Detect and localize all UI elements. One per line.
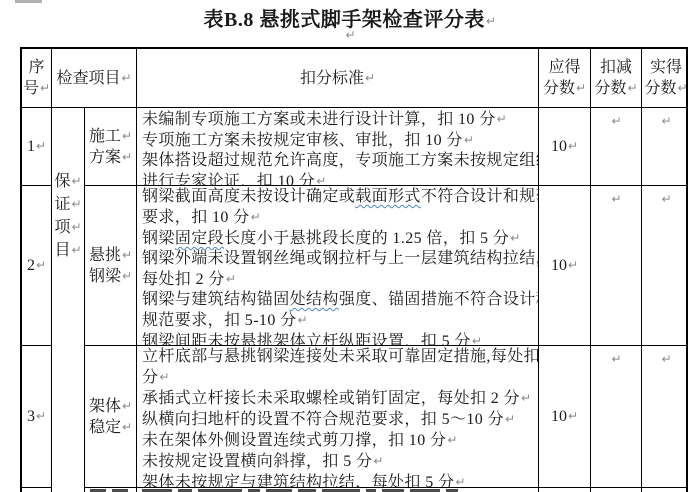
deducted-score-cell: ↵ xyxy=(591,186,642,346)
cell-text-line: 扣减 xyxy=(600,58,632,78)
deserved-score-value: 10↵ xyxy=(551,136,578,157)
paragraph-mark-icon: ↵ xyxy=(122,399,132,413)
paragraph-mark-icon: ↵ xyxy=(121,71,131,85)
cell-text-line: 序 xyxy=(28,58,44,78)
criteria-cell: 钢梁截面高度未按设计确定或载面形式不符合设计和规范要求，扣 10 分↵钢梁固定段… xyxy=(137,186,539,346)
paragraph-mark-icon: ↵ xyxy=(122,150,132,164)
criteria-line: 进行专家论证，扣 10 分↵ xyxy=(142,171,535,186)
header-check-item: 检查项目↵ xyxy=(52,49,137,108)
criteria-line: 钢梁外端未设置钢丝绳或钢拉杆与上一层建筑结构拉结， xyxy=(142,249,535,269)
spellcheck-underlined-text: 处结构 xyxy=(290,291,339,308)
actual-score-value: ↵ xyxy=(660,189,671,210)
serial-number-cell: 3↵ xyxy=(22,346,52,488)
category-line: 方案↵ xyxy=(89,147,132,168)
category-line: 钢梁↵ xyxy=(89,266,132,287)
paragraph-mark-icon: ↵ xyxy=(373,454,383,468)
partial-row-actual-cell xyxy=(642,488,688,492)
header-deserved-score: 应得分数↵ xyxy=(539,49,591,108)
paragraph-mark-icon: ↵ xyxy=(36,409,46,423)
actual-score-value: ↵ xyxy=(660,349,671,370)
group-label-char: 项↵ xyxy=(54,216,81,239)
cell-text-line: 分数↵ xyxy=(594,78,637,99)
paragraph-mark-icon: ↵ xyxy=(510,231,520,245)
criteria-line: 规范要求，扣 5-10 分↵ xyxy=(142,310,535,331)
header-actual-score: 实得分数↵ xyxy=(642,49,688,108)
deserved-score-cell: 10↵ xyxy=(539,186,591,346)
paragraph-mark-icon: ↵ xyxy=(71,243,81,257)
serial-number-cell: 1↵ xyxy=(22,108,52,186)
criteria-line: 架体搭设超过规范允许高度，专项施工方案未按规定组织 xyxy=(142,151,535,171)
category-line: 悬挑↵ xyxy=(89,245,132,266)
paragraph-mark-icon: ↵ xyxy=(36,258,46,272)
category-line: 施工↵ xyxy=(89,126,132,147)
deserved-score-cell: 10↵ xyxy=(539,108,591,186)
category-cell: 施工↵方案↵ xyxy=(85,108,137,186)
group-label-char: 证↵ xyxy=(54,193,81,216)
criteria-line: 钢梁固定段长度小于悬挑段长度的 1.25 倍，扣 5 分↵ xyxy=(142,228,535,249)
paragraph-mark-icon: ↵ xyxy=(122,420,132,434)
actual-score-cell: ↵ xyxy=(642,108,688,186)
scoring-table: 序号↵检查项目↵扣分标准↵应得分数↵扣减分数↵实得分数↵保↵证↵项↵目↵1↵施工… xyxy=(20,47,688,492)
criteria-cell: 立杆底部与悬挑钢梁连接处未采取可靠固定措施,每处扣 2分↵承插式立杆接长未采取螺… xyxy=(137,346,539,488)
deducted-score-cell: ↵ xyxy=(591,346,642,488)
header-deducted-score: 扣减分数↵ xyxy=(591,49,642,108)
paragraph-mark-icon: ↵ xyxy=(661,192,671,206)
paragraph-mark-icon: ↵ xyxy=(71,174,81,188)
paragraph-mark-icon: ↵ xyxy=(611,352,621,366)
paragraph-mark-icon: ↵ xyxy=(611,114,621,128)
paragraph-mark-icon: ↵ xyxy=(298,313,308,327)
cell-text-line: 实得 xyxy=(650,58,682,78)
serial-number-cell: 2↵ xyxy=(22,186,52,346)
paragraph-mark-icon: ↵ xyxy=(464,133,474,147)
deducted-score-cell: ↵ xyxy=(591,108,642,186)
paragraph-mark-icon: ↵ xyxy=(455,475,465,488)
paragraph-mark-icon: ↵ xyxy=(661,114,671,128)
spellcheck-underlined-text: 载面形式 xyxy=(355,188,421,205)
criteria-line: 钢梁截面高度未按设计确定或载面形式不符合设计和规范 xyxy=(142,187,535,207)
header-deduction-criteria: 扣分标准↵ xyxy=(137,49,539,108)
empty-paragraph: ↵ xyxy=(0,27,700,43)
partial-row-criteria-cell xyxy=(137,488,539,492)
paragraph-mark-icon: ↵ xyxy=(365,71,375,85)
paragraph-mark-icon: ↵ xyxy=(40,81,50,95)
cell-text-line: 应得 xyxy=(548,58,580,78)
paragraph-mark-icon: ↵ xyxy=(568,409,578,423)
paragraph-mark-icon: ↵ xyxy=(36,139,46,153)
paragraph-mark-icon: ↵ xyxy=(568,139,578,153)
actual-score-value: ↵ xyxy=(660,111,671,132)
deducted-score-value: ↵ xyxy=(610,111,621,132)
cell-text-line: 分数↵ xyxy=(543,78,586,99)
paragraph-mark-icon: ↵ xyxy=(122,129,132,143)
criteria-line: 钢梁间距未按悬挑架体立杆纵距设置，扣 5 分↵ xyxy=(142,331,535,346)
paragraph-mark-icon: ↵ xyxy=(497,112,507,126)
deserved-score-value: 10↵ xyxy=(551,255,578,276)
cell-text-line: 检查项目↵ xyxy=(56,68,131,89)
criteria-line: 钢梁与建筑结构锚固处结构强度、锚固措施不符合设计和 xyxy=(142,290,535,310)
cell-text-line: 号↵ xyxy=(23,78,50,99)
partial-row-deserved-cell xyxy=(539,488,591,492)
paragraph-mark-icon: ↵ xyxy=(661,352,671,366)
category-line: 架体↵ xyxy=(89,396,132,417)
spellcheck-underlined-text: 固定段 xyxy=(175,230,224,247)
paragraph-mark-icon: ↵ xyxy=(505,412,515,426)
paragraph-mark-icon: ↵ xyxy=(71,197,81,211)
deducted-score-value: ↵ xyxy=(610,349,621,370)
partial-row-category-cell xyxy=(85,488,137,492)
deducted-score-value: ↵ xyxy=(610,189,621,210)
cell-text-line: 扣分标准↵ xyxy=(300,68,375,89)
paragraph-mark-icon: ↵ xyxy=(627,81,637,95)
group-label-guarantee-items: 保↵证↵项↵目↵ xyxy=(52,108,85,492)
criteria-line: 承插式立杆接长未采取螺栓或销钉固定，每处扣 2 分↵ xyxy=(142,388,535,409)
paragraph-mark-icon: ↵ xyxy=(251,210,261,224)
criteria-line: 立杆底部与悬挑钢梁连接处未采取可靠固定措施,每处扣 2 xyxy=(142,347,535,367)
category-line: 稳定↵ xyxy=(89,417,132,438)
paragraph-mark-icon: ↵ xyxy=(345,28,355,42)
category-cell: 架体↵稳定↵ xyxy=(85,346,137,488)
paragraph-mark-icon: ↵ xyxy=(226,272,236,286)
serial-number: 1↵ xyxy=(27,136,46,157)
document-page: 表B.8 悬挑式脚手架检查评分表↵ ↵ 序号↵检查项目↵扣分标准↵应得分数↵扣减… xyxy=(0,0,700,492)
group-label-char: 目↵ xyxy=(54,239,81,262)
partial-row-serial-cell xyxy=(22,488,52,492)
paragraph-mark-icon: ↵ xyxy=(472,334,482,346)
paragraph-mark-icon: ↵ xyxy=(159,370,169,384)
criteria-line: 专项施工方案未按规定审核、审批，扣 10 分↵ xyxy=(142,130,535,151)
paragraph-mark-icon: ↵ xyxy=(122,248,132,262)
paragraph-mark-icon: ↵ xyxy=(486,14,497,28)
criteria-line: 架体未按规定与建筑结构拉结，每处扣 5 分↵ xyxy=(142,472,535,488)
paragraph-mark-icon: ↵ xyxy=(611,192,621,206)
paragraph-mark-icon: ↵ xyxy=(568,258,578,272)
paragraph-mark-icon: ↵ xyxy=(521,391,531,405)
header-serial-number: 序号↵ xyxy=(22,49,52,108)
serial-number: 3↵ xyxy=(27,406,46,427)
criteria-line: 未按规定设置横向斜撑，扣 5 分↵ xyxy=(142,451,535,472)
group-label-char: 保↵ xyxy=(54,170,81,193)
criteria-line: 分↵ xyxy=(142,367,535,388)
partial-row-deducted-cell xyxy=(591,488,642,492)
paragraph-mark-icon: ↵ xyxy=(677,81,687,95)
paragraph-mark-icon: ↵ xyxy=(576,81,586,95)
actual-score-cell: ↵ xyxy=(642,186,688,346)
actual-score-cell: ↵ xyxy=(642,346,688,488)
criteria-line: 每处扣 2 分↵ xyxy=(142,269,535,290)
cell-text-line: 分数↵ xyxy=(644,78,687,99)
paragraph-mark-icon: ↵ xyxy=(122,269,132,283)
criteria-line: 未编制专项施工方案或未进行设计计算，扣 10 分↵ xyxy=(142,109,535,130)
criteria-line: 未在架体外侧设置连续式剪刀撑，扣 10 分↵ xyxy=(142,430,535,451)
category-cell: 悬挑↵钢梁↵ xyxy=(85,186,137,346)
criteria-cell: 未编制专项施工方案或未进行设计计算，扣 10 分↵专项施工方案未按规定审核、审批… xyxy=(137,108,539,186)
deserved-score-value: 10↵ xyxy=(551,406,578,427)
criteria-line: 纵横向扫地杆的设置不符合规范要求，扣 5～10 分↵ xyxy=(142,409,535,430)
deserved-score-cell: 10↵ xyxy=(539,346,591,488)
criteria-line: 要求，扣 10 分↵ xyxy=(142,207,535,228)
paragraph-mark-icon: ↵ xyxy=(71,220,81,234)
paragraph-mark-icon: ↵ xyxy=(447,433,457,447)
serial-number: 2↵ xyxy=(27,255,46,276)
paragraph-mark-icon: ↵ xyxy=(316,174,326,186)
